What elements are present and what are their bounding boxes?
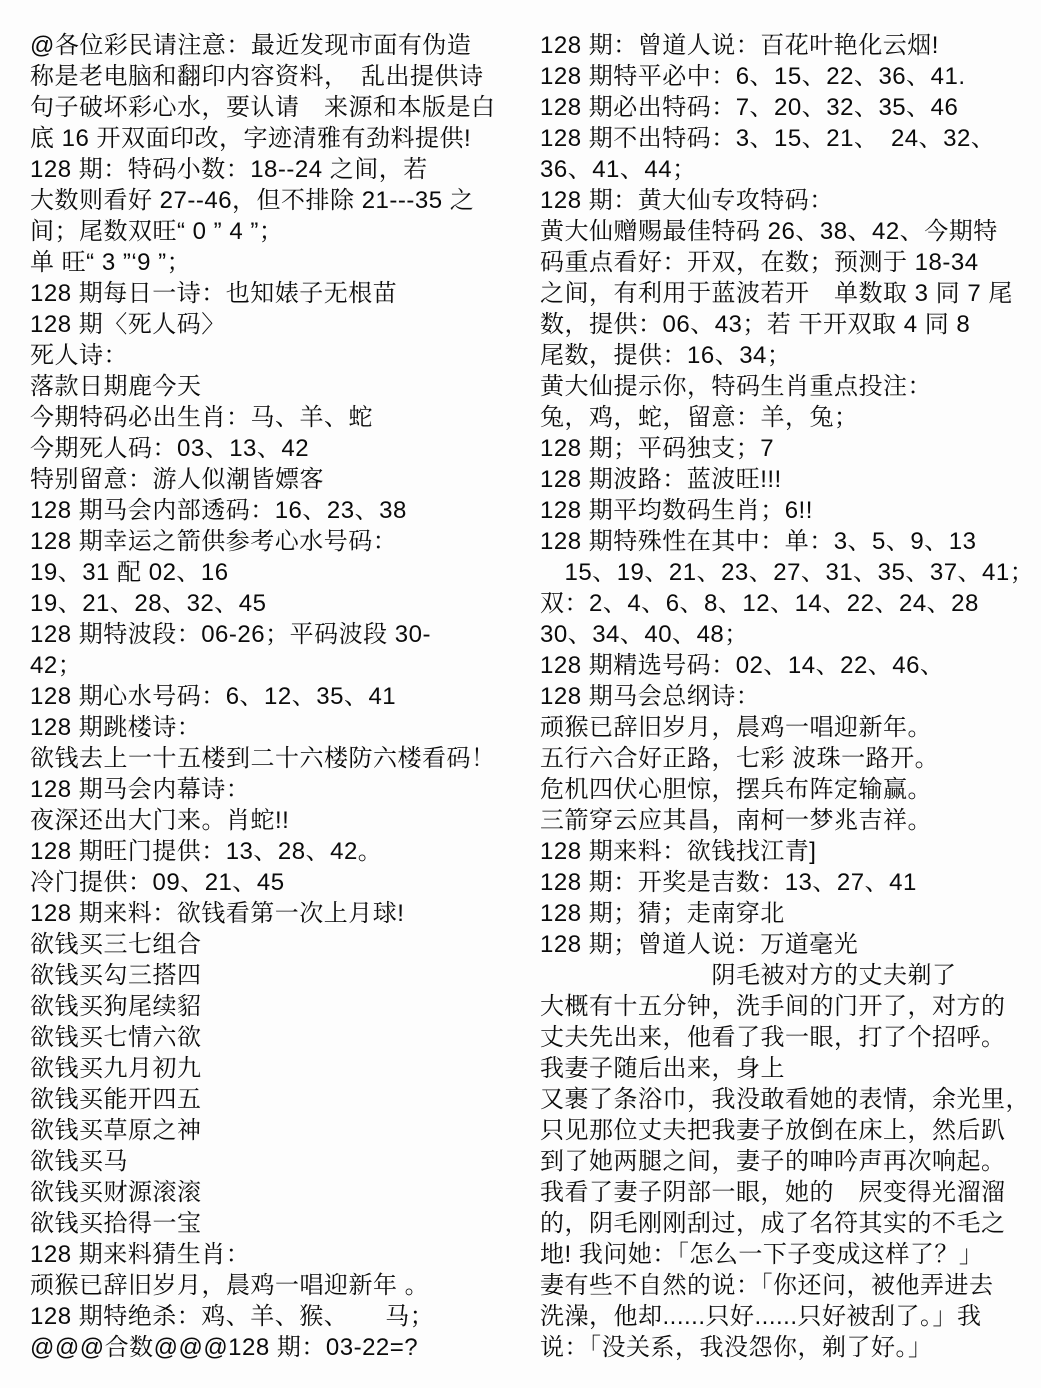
text-line: 42； <box>30 650 538 681</box>
text-line: 128 期不出特码：3、15、21、 24、32、 <box>540 123 1041 154</box>
text-line: 128 期：黄大仙专攻特码： <box>540 185 1041 216</box>
text-line: 128 期马会总纲诗： <box>540 681 1041 712</box>
text-line: 妻有些不自然的说：「你还问，被他弄进去 <box>540 1270 1041 1301</box>
text-line: 欲钱买狗尾续貂 <box>30 991 538 1022</box>
text-line: 双：2、4、6、8、12、14、22、24、28 <box>540 588 1041 619</box>
text-line: 地! 我问她：「怎么一下子变成这样了？」 <box>540 1239 1041 1270</box>
text-line: 128 期马会内幕诗： <box>30 774 538 805</box>
text-line: 我妻子随后出来，身上 <box>540 1053 1041 1084</box>
text-line: 特别留意：游人似潮皆嫖客 <box>30 464 538 495</box>
text-line: 128 期〈死人码〉 <box>30 309 538 340</box>
text-line: 128 期心水号码：6、12、35、41 <box>30 681 538 712</box>
text-line: 128 期特绝杀：鸡、羊、猴、 马； <box>30 1301 538 1332</box>
text-line: 30、34、40、48； <box>540 619 1041 650</box>
text-line: 欲钱买马 <box>30 1146 538 1177</box>
text-line: 之间，有利用于蓝波若开 单数取 3 同 7 尾 <box>540 278 1041 309</box>
text-line: 黄大仙提示你，特码生肖重点投注： <box>540 371 1041 402</box>
text-line: 尾数，提供：16、34； <box>540 340 1041 371</box>
text-line: 128 期跳楼诗： <box>30 712 538 743</box>
text-line: 又裹了条浴巾，我没敢看她的表情，余光里， <box>540 1084 1041 1115</box>
text-line: 128 期：曾道人说：百花叶艳化云烟! <box>540 30 1041 61</box>
text-line: 丈夫先出来，他看了我一眼，打了个招呼。 <box>540 1022 1041 1053</box>
text-line: 128 期平均数码生肖；6!! <box>540 495 1041 526</box>
text-line: 19、31 配 02、16 <box>30 557 538 588</box>
text-line: 数，提供：06、43；若 干开双取 4 同 8 <box>540 309 1041 340</box>
text-line: 128 期来料：欲钱找江青] <box>540 836 1041 867</box>
text-line: 今期特码必出生肖：马、羊、蛇 <box>30 402 538 433</box>
text-line: 128 期：特码小数：18--24 之间，若 <box>30 154 538 185</box>
text-line: 句子破坏彩心水，要认请 来源和本版是白 <box>30 92 538 123</box>
text-line: 的，阴毛刚刚刮过，成了名符其实的不毛之 <box>540 1208 1041 1239</box>
text-line: 码重点看好：开双，在数；预测于 18-34 <box>540 247 1041 278</box>
text-line: 今期死人码：03、13、42 <box>30 433 538 464</box>
text-line: 夜深还出大门来。肖蛇!! <box>30 805 538 836</box>
text-line: 128 期来料：欲钱看第一次上月球! <box>30 898 538 929</box>
text-line: 128 期旺门提供：13、28、42。 <box>30 836 538 867</box>
text-line: 128 期特波段：06-26；平码波段 30- <box>30 619 538 650</box>
text-line: 欲钱买九月初九 <box>30 1053 538 1084</box>
right-column: 128 期：曾道人说：百花叶艳化云烟!128 期特平必中：6、15、22、36、… <box>540 30 1041 1363</box>
text-line: 危机四伏心胆惊，摆兵布阵定输赢。 <box>540 774 1041 805</box>
text-line: 128 期；猜；走南穿北 <box>540 898 1041 929</box>
text-line: 单 旺“ 3 ”‘9 ”； <box>30 247 538 278</box>
text-line: 欲钱买能开四五 <box>30 1084 538 1115</box>
text-line: 128 期精选号码：02、14、22、46、 <box>540 650 1041 681</box>
text-line: 欲钱买拾得一宝 <box>30 1208 538 1239</box>
text-line: 欲钱买七情六欲 <box>30 1022 538 1053</box>
text-line: 128 期特殊性在其中：单：3、5、9、13 <box>540 526 1041 557</box>
text-line: @各位彩民请注意：最近发现市面有伪造 <box>30 30 538 61</box>
text-line: 兔，鸡，蛇，留意：羊，兔； <box>540 402 1041 433</box>
text-line: 黄大仙赠赐最佳特码 26、38、42、今期特 <box>540 216 1041 247</box>
text-line: 冷门提供：09、21、45 <box>30 867 538 898</box>
left-column: @各位彩民请注意：最近发现市面有伪造称是老电脑和翻印内容资料， 乱出提供诗句子破… <box>30 30 538 1363</box>
text-line: 欲钱买财源滚滚 <box>30 1177 538 1208</box>
text-line: 欲钱买勾三搭四 <box>30 960 538 991</box>
text-line: 欲钱买草原之神 <box>30 1115 538 1146</box>
text-line: 128 期；曾道人说：万道毫光 <box>540 929 1041 960</box>
lottery-tips-page: @各位彩民请注意：最近发现市面有伪造称是老电脑和翻印内容资料， 乱出提供诗句子破… <box>0 0 1041 1388</box>
text-line: 128 期幸运之箭供参考心水号码： <box>30 526 538 557</box>
text-line: 128 期每日一诗：也知婊子无根苗 <box>30 278 538 309</box>
text-line: 128 期来料猜生肖： <box>30 1239 538 1270</box>
text-line: 128 期；平码独支；7 <box>540 433 1041 464</box>
text-line: 三箭穿云应其昌，南柯一梦兆吉祥。 <box>540 805 1041 836</box>
text-line: @@@合数@@@128 期：03-22=? <box>30 1332 538 1363</box>
text-line: 128 期波路：蓝波旺!!! <box>540 464 1041 495</box>
text-line: 欲钱去上一十五楼到二十六楼防六楼看码！ <box>30 743 538 774</box>
text-line: 底 16 开双面印改，字迹清雅有劲料提供! <box>30 123 538 154</box>
text-line: 洗澡，他却......只好......只好被刮了。」我 <box>540 1301 1041 1332</box>
text-line: 顽猴已辞旧岁月，晨鸡一唱迎新年。 <box>540 712 1041 743</box>
text-line: 19、21、28、32、45 <box>30 588 538 619</box>
text-line: 死人诗： <box>30 340 538 371</box>
text-line: 顽猴已辞旧岁月，晨鸡一唱迎新年 。 <box>30 1270 538 1301</box>
text-line: 128 期特平必中：6、15、22、36、41. <box>540 61 1041 92</box>
text-line: 称是老电脑和翻印内容资料， 乱出提供诗 <box>30 61 538 92</box>
text-line: 欲钱买三七组合 <box>30 929 538 960</box>
text-line: 说：「没关系，我没怨你，剃了好。」 <box>540 1332 1041 1363</box>
text-line: 15、19、21、23、27、31、35、37、41； <box>540 557 1041 588</box>
text-line: 落款日期鹿今天 <box>30 371 538 402</box>
text-line: 大概有十五分钟，洗手间的门开了，对方的 <box>540 991 1041 1022</box>
text-line: 128 期：开奖是吉数：13、27、41 <box>540 867 1041 898</box>
text-line: 36、41、44； <box>540 154 1041 185</box>
text-line: 间；尾数双旺“ 0 ” 4 ”； <box>30 216 538 247</box>
text-line: 五行六合好正路，七彩 波珠一路开。 <box>540 743 1041 774</box>
text-line: 阴毛被对方的丈夫剃了 <box>540 960 1041 991</box>
text-line: 到了她两腿之间，妻子的呻吟声再次响起。 <box>540 1146 1041 1177</box>
text-line: 128 期必出特码：7、20、32、35、46 <box>540 92 1041 123</box>
text-line: 我看了妻子阴部一眼，她的 屄变得光溜溜 <box>540 1177 1041 1208</box>
text-line: 只见那位丈夫把我妻子放倒在床上，然后趴 <box>540 1115 1041 1146</box>
text-line: 大数则看好 27--46，但不排除 21---35 之 <box>30 185 538 216</box>
text-line: 128 期马会内部透码：16、23、38 <box>30 495 538 526</box>
